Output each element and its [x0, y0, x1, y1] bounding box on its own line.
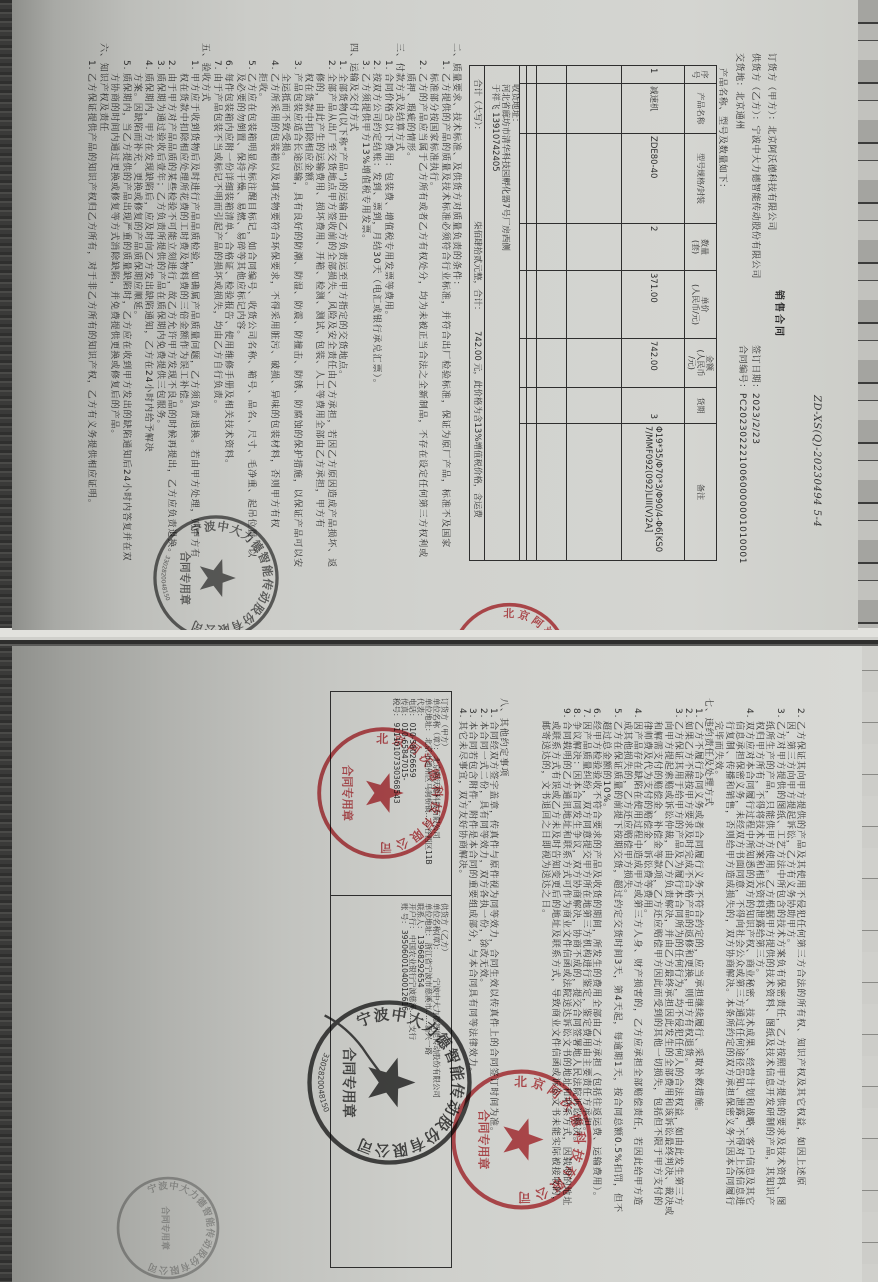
- buyer-company-seal: 北京阿沃德科技有限公司 合同专用章: [448, 1066, 595, 1213]
- amount: 742.00: [622, 339, 685, 388]
- seal-serial-number: 3302820048150: [159, 554, 170, 602]
- table-header-cell: 金额 (人民币 /元): [685, 339, 717, 388]
- clause-text: 如果乙方不能按甲方要求及时完成不合格产品的返修和更换，则甲方有权退货。: [683, 721, 693, 1068]
- seal-label: 合同专用章: [340, 1047, 357, 1117]
- product-name: 减速机: [622, 84, 685, 134]
- clause-text: 乙方在保证质量的前提下按期交货，超过约定交货时间3天，第4天起，每逾期1天，按合…: [611, 721, 621, 1213]
- clause-text: 和解需支付的赔偿金、补偿金等款项，乙方还应赔偿甲方因此而受到的其他一切损失，包括…: [652, 721, 662, 1206]
- sign-date-line: 签订日期：2023/2/23: [750, 345, 763, 445]
- clause-text: 方协商的时间内通过更换或修复等方式消除缺陷，并免费提供更换或修复后的产品。: [108, 73, 119, 439]
- table-row: 1 减速机 ZDE80-40 2 371.00 742.00 3 Φ19*35/…: [622, 66, 685, 561]
- table-header-cell: 数量 (套): [685, 224, 717, 271]
- clause-text: 信息承担保密义务，未经双方书面同意，不得向社会公众或第三方通过任何途径告知、泄露…: [734, 721, 744, 1206]
- field-label: 电话：: [408, 698, 417, 721]
- seal-label: 合同专用章: [160, 1206, 172, 1250]
- clause-text: 超过总金额的10%。: [601, 721, 611, 813]
- clause-text: 乙方应在包装箱明显处标注醒目标记，如合同编号、收货公司名称、箱号、品名、尺寸、毛…: [245, 73, 256, 558]
- clause-text: 权在货款中扣除相应处理所花费的工时费及物料费的三倍金额作为误工补偿。: [176, 73, 187, 410]
- seal-serial-number: 3302820048150: [316, 1051, 331, 1113]
- buyer-name: 北京阿沃德科技有限公司: [766, 125, 776, 231]
- clause-text: 因，第三方向甲方提起诉讼，乙方有义务协助甲方。: [785, 721, 795, 949]
- section-heading-text: 七、违约责任及处理方式: [703, 698, 713, 807]
- contract-number-label: 合同编号：: [737, 345, 747, 393]
- clause-number: 1.: [488, 708, 498, 718]
- background-paper-stack: [856, 0, 878, 640]
- ship-to-address: 河北省廊坊市清华科技园孵化器7号厂房西侧: [500, 84, 510, 251]
- svg-text:3302820048150: 3302820048150: [159, 554, 170, 602]
- product-model: ZDE80-40: [622, 134, 685, 224]
- table-header-cell: 序号: [685, 66, 717, 84]
- field-label: 单位名称(章)：: [432, 903, 441, 954]
- clause-text: 本合同一式二份，具有同等效力，双方各执一份，涂改无效。: [477, 721, 487, 988]
- field-label: 传真：: [400, 698, 409, 721]
- clause-number: 3.: [358, 60, 369, 70]
- table-row-empty: [537, 66, 567, 561]
- contract-page-1: ZD-XS(Q)-20230494 5-4 销售合同 订货方（甲方）：北京阿沃德…: [12, 0, 858, 630]
- table-row-empty: [527, 66, 537, 561]
- contract-page-2: 2.乙方保证其向甲方提供的产品及其使用不侵犯任何第三方合法的所有权、知识产权及其…: [12, 646, 862, 1282]
- clause-text: 乙方保证提供产品的知识产权归乙方所有，对于非乙方所有的知识产权，乙方有义务提供相…: [85, 73, 96, 509]
- clause-text: 及必要的勿倒置、保持干燥、易燃、易碎等其他应标记内容。: [233, 73, 244, 340]
- clause-number: 4.: [632, 708, 642, 718]
- seller-line: 供货方（乙方）：宁波中大力德智能传动股份有限公司: [750, 53, 763, 279]
- clause-number: 9.: [560, 708, 570, 718]
- section-heading-text: 四、运输及交付方式: [347, 43, 358, 132]
- table-header-cell: 型号规格/封装: [685, 134, 717, 224]
- clause-text: 成其他损失的，乙方还应赔偿甲方损失。: [622, 721, 632, 899]
- clause-text: 甲方应于收到货物后及时进行产品品质检验，如确属产品质量问题，乙方须负责退换。若由…: [188, 73, 199, 558]
- clause-text: 乙方保证其用于给甲方的产品及为履行本合同所为的任何行为，均不侵犯任何人的合法权益…: [673, 721, 683, 1206]
- clause-number: 1.: [85, 60, 96, 70]
- seal-label: 合同专用章: [340, 765, 354, 821]
- clause-number: 6.: [591, 708, 601, 718]
- lead-time: 3: [622, 388, 685, 424]
- ship-to-label: 收货地址：: [510, 84, 520, 127]
- seller-label: 供货方（乙方）：: [750, 53, 760, 125]
- section-heading-text: 六、知识产权及责任: [96, 43, 107, 132]
- clause-number: 3.: [153, 60, 164, 70]
- clause-number: 3.: [467, 708, 477, 718]
- seller-company-seal-faint: 宁波中大力德智能传动股份有限公司 合同专用章: [114, 1174, 222, 1282]
- table-header-row: 序号 产品名称 型号规格/封装 数量 (套) 单价 (人民币/元) 金额 (人民…: [685, 66, 717, 561]
- clause-number: 2.: [795, 708, 805, 718]
- clause-text: 质保期内，当乙方提供的产品出现严重的质量缺陷时，乙方应在收到甲方发出的缺陷通知后…: [119, 73, 130, 561]
- row-number: 1: [622, 66, 685, 84]
- contract-number: PC2023022210060000001010001: [737, 393, 747, 564]
- clause-number: 4.: [267, 60, 278, 70]
- remark: Φ19*35/Φ70*3/Φ90/4-Φ6[KS07/MMF092(092)LI…: [622, 424, 685, 561]
- buyer-company-seal: 北京阿沃德科技有限公司 合同专用章: [447, 600, 572, 630]
- contract-number-line: 合同编号：PC2023022210060000001010001: [737, 345, 750, 564]
- clause-text: 产品包装应适合长途运输，具有良好的防潮、防湿、防震、防撞击、防锈、防腐蚀的保护措…: [290, 73, 301, 568]
- clause-text: 全运抵而不致受损。: [279, 73, 290, 162]
- clause-number: 2.: [324, 60, 335, 70]
- clause-text: 全部货物(以下称“产品”)的运输由乙方负责运至甲方指定的交货地点。: [336, 73, 347, 380]
- clause-number: 2.: [683, 708, 693, 718]
- buyer-label: 订货方（甲方）：: [766, 53, 776, 125]
- clause-number: 5.: [245, 60, 256, 70]
- sign-date-label: 签订日期：: [750, 345, 760, 393]
- field-value: 13968292654: [416, 935, 425, 988]
- clause-text: 双方应对本合同履行过程中所知悉的双方的知识产权、商业秘密、技术成果、经营计划和战…: [744, 721, 754, 1206]
- clause-text: 乙方所采用的包装箱以及填充物要符合环保要求，不得采用脏污、破损、异味的包装材料，…: [267, 73, 278, 528]
- clause-number: 3.: [290, 60, 301, 70]
- clause-number: 5.: [119, 60, 130, 70]
- field-label: 账 号：: [400, 903, 409, 928]
- background-edge-right: [860, 640, 878, 1282]
- clause-number: 1.: [438, 60, 449, 70]
- clause-number: 5.: [611, 708, 621, 718]
- clause-text: 纸所生产的产品，只能供甲方使用。乙方根据甲方提供的技术资料、图纸及技术信息开发研…: [764, 721, 774, 1206]
- delivery-line: 交货地：北京通州: [734, 53, 747, 130]
- clause-number: 2.: [370, 60, 381, 70]
- section-heading-text: 二、质量要求、技术标准、及供货方对质量负责的条件：: [450, 43, 461, 291]
- clause-text: 其它未尽事宜，双方友好协商解决。: [457, 721, 467, 879]
- star-icon: [503, 1118, 543, 1160]
- clause-text: 乙方提供的产品的质量及技术标准必须符合行业标准，并符合出厂检验标准，保证为原厂产…: [438, 73, 449, 548]
- ship-to-contact: 于祥飞 13910742405: [490, 84, 500, 172]
- table-header-cell: 单价 (人民币/元): [685, 271, 717, 339]
- product-table: 序号 产品名称 型号规格/封装 数量 (套) 单价 (人民币/元) 金额 (人民…: [469, 65, 717, 561]
- clause-text: 乙方保证其向甲方提供的产品及其使用不侵犯任何第三方合法的所有权、知识产权及其它权…: [795, 721, 805, 1186]
- clause-text: 权在货款中扣除相应金额。: [302, 73, 313, 192]
- clause-text: 行复制、传播和销售，否则给甲方造成损失的，双方协商解决。本条所约定的双方承担保密…: [723, 721, 733, 1206]
- product-table-intro: 产品名称、型号及数量如下：: [717, 68, 730, 193]
- clause-number: 1.: [693, 708, 703, 718]
- seller-company-seal: 宁波中大力德智能传动股份有限公司 3302820048150 合同专用章: [150, 512, 282, 630]
- clause-text: 律师费及代为支付的赔偿金、诉讼费等费用。: [642, 721, 652, 919]
- clause-number: 1.: [336, 60, 347, 70]
- total-note: 元，此价格为含13%增值税价格，含运费: [472, 363, 482, 518]
- field-label: 联系人：: [416, 903, 425, 933]
- clause-text: 按双方公司约定结账：发到、票到，月结30天（电汇或银行承兑汇票）。: [370, 73, 381, 389]
- table-row-empty: [567, 66, 622, 561]
- clause-text: 合同价格含以下费用：包装费、增值税专用发票等费用。: [381, 73, 392, 321]
- handwritten-reference: ZD-XS(Q)-20230494 5-4: [811, 395, 822, 527]
- section-heading-text: 八、其他约定事项: [498, 698, 508, 777]
- clause-number: 3.: [673, 708, 683, 718]
- clause-text: 乙方不履行合同义务或者合同履行义务不符合约定的，应当承担继续履行、采取补救措施。: [693, 721, 703, 1117]
- clause-text: 拒收。: [256, 73, 267, 103]
- clause-number: 4.: [744, 708, 754, 718]
- clause-text: 乙方的产品应当属于乙方所有或者乙方有权处分，均为未被正当合法之全新制品，不存在设…: [415, 73, 426, 558]
- clause-text: 质押、瑕疵的情形。: [404, 73, 415, 162]
- clause-text: 修的，由此产生的运输费用、损坏费用、开箱、检测、测试、包装、人工等费用全部由乙方…: [313, 73, 324, 528]
- clause-number: 4.: [142, 60, 153, 70]
- ship-to-row: 收货地址： 河北省廊坊市清华科技园孵化器7号厂房西侧 于祥飞 139107424…: [485, 66, 520, 561]
- clause-text: 乙方须提供甲方13%增值税专用发票。: [358, 73, 369, 244]
- clause-text: 质保期为通过验收后壹年；乙方负责所提供的产品在质保期内免费提供三包服务。: [153, 73, 164, 429]
- clause-number: 2.: [415, 60, 426, 70]
- clause-text: 全部产品从出厂至交货地点甲方签收前的全部损失、风险及安全责任由乙方承担，若因乙方…: [324, 73, 335, 568]
- table-header-cell: 备注: [685, 424, 717, 561]
- section-heading-text: 三、付款方式及结算方式: [393, 43, 404, 152]
- table-row-empty: [520, 66, 527, 561]
- star-icon: [200, 559, 236, 597]
- seller-name: 宁波中大力德智能传动股份有限公司: [750, 125, 760, 279]
- clause-number: 3.: [774, 708, 784, 718]
- clause-text: 向甲方提起索赔或诉讼仲裁，由乙方负责解决，并由乙方最终承担因此发生的全部费用和该…: [662, 721, 672, 1216]
- seal-company-name: 宁波中大力德智能传动股份有限公司: [189, 519, 275, 630]
- section-heading-text: 五、验收方式: [199, 43, 210, 102]
- clause-text: 方案。因缺陷而补充、更换或修复的产品质保期应顺延。: [131, 73, 142, 321]
- buyer-company-seal: 北京阿沃德科技有限公司 合同专用章: [314, 724, 452, 862]
- total-label: 合计（大写）：: [472, 79, 482, 134]
- clause-number: 7.: [210, 60, 221, 70]
- clause-number: 2.: [477, 708, 487, 718]
- clause-text: 质保期内，甲方在发现缺陷后，应及时向乙方发出缺陷通知，乙方在24小时内给予解决: [142, 73, 153, 453]
- total-amount: 742.00: [472, 331, 482, 361]
- clause-number: 6.: [222, 60, 233, 70]
- table-header-cell: 产品名称: [685, 84, 717, 134]
- field-label: 代表：: [416, 698, 425, 721]
- clause-number: 2.: [165, 60, 176, 70]
- clause-number: 7.: [581, 708, 591, 718]
- clause-text: 由于产品包装不当或标记不明而引起产品的损坏或损失，均由乙方自行负责。: [210, 73, 221, 410]
- table-header-cell: 货期: [685, 388, 717, 424]
- field-label: 税号：: [392, 698, 401, 721]
- page-1-content: ZD-XS(Q)-20230494 5-4 销售合同 订货方（甲方）：北京阿沃德…: [12, 0, 858, 630]
- clause-number: 4.: [457, 708, 467, 718]
- unit-price: 371.00: [622, 271, 685, 339]
- document-title: 销售合同: [773, 290, 788, 338]
- star-icon: [366, 773, 404, 813]
- clause-number: 1.: [381, 60, 392, 70]
- sign-date: 2023/2/23: [750, 393, 760, 445]
- seal-label: 合同专用章: [178, 551, 191, 605]
- quantity: 2: [622, 224, 685, 271]
- delivery-place: 北京通州: [734, 91, 744, 129]
- clause-text: 乙方对甲方提供的图纸、工艺方法中所包含的技术方案负有保密责任，乙方按照甲方提供的…: [774, 721, 784, 1206]
- clause-text: 标准部分按国家标准执行。: [427, 73, 438, 192]
- seal-label: 合同专用章: [476, 1110, 491, 1170]
- clause-text: 邮寄送达的，文书退回之日即视为送达之日。: [540, 721, 550, 919]
- clause-number: 8.: [571, 708, 581, 718]
- svg-text:宁波中大力德智能传动股份有限公司: 宁波中大力德智能传动股份有限公司: [189, 519, 275, 630]
- clause-text: 权归甲方所有，不得将技术方案和相关资料泄露给第三方。: [754, 721, 764, 978]
- buyer-line: 订货方（甲方）：北京阿沃德科技有限公司: [766, 53, 779, 231]
- field-label: 开户行：: [408, 903, 417, 933]
- delivery-label: 交货地：: [734, 53, 744, 91]
- total-row: 合计（大写）： 柒佰肆拾贰元整，合计： 742.00 元，此价格为含13%增值税…: [470, 66, 485, 561]
- total-in-words: 柒佰肆拾贰元整，合计：: [472, 221, 482, 315]
- svg-text:3302820048150: 3302820048150: [316, 1051, 331, 1113]
- clause-number: 1.: [188, 60, 199, 70]
- field-label: 单位地址：: [424, 903, 433, 941]
- clause-text: 每件包装箱内应附一份详细装箱清单、合格证、检验报告、使用维修手册及相关技术资料。: [222, 73, 233, 469]
- clause-text: 完毕而失效。: [713, 721, 723, 780]
- clause-text: 由于甲方对产品品质的某些检验不可能立刻进行，故乙方允许甲方发现不良品的时候再提出…: [165, 73, 176, 558]
- clause-text: 因产品存在缺陷在使用过程中造成甲方或第三方人身、财产损害的，乙方应承担全部赔偿责…: [632, 721, 642, 1206]
- page-separator: [0, 628, 878, 646]
